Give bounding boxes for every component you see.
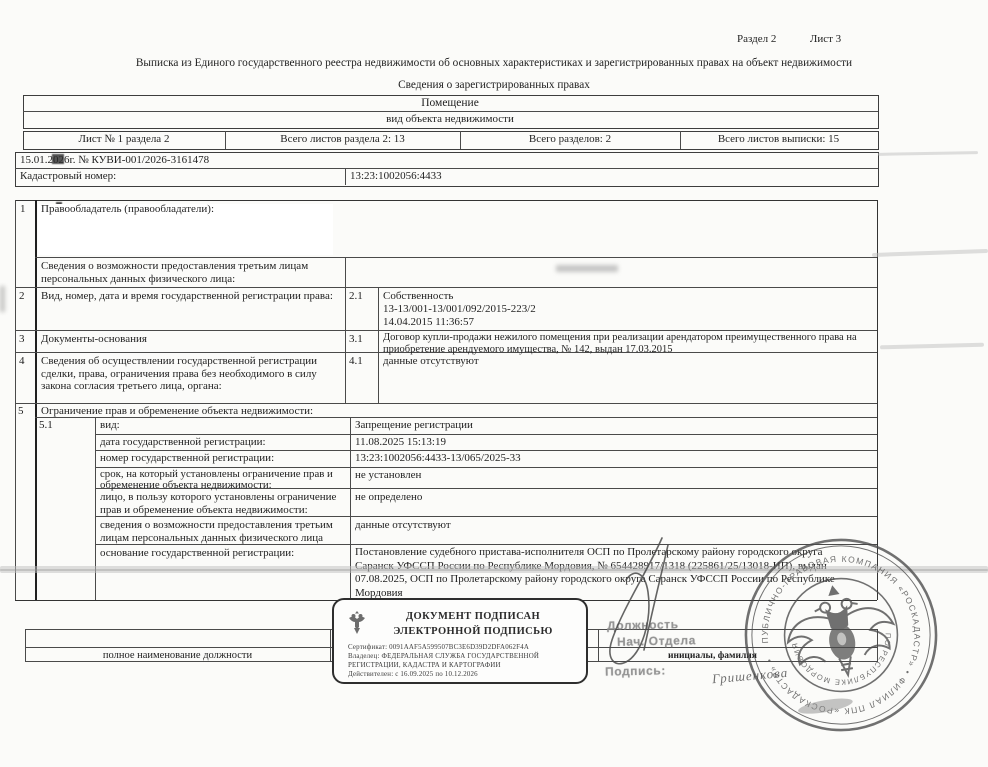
- doc-number-line: 15.01.2026г. № КУВИ-001/2026-3161478: [20, 154, 209, 167]
- row51-value: 13:23:1002056:4433-13/065/2025-33: [355, 452, 870, 465]
- row51-value: 11.08.2025 15:13:19: [355, 436, 870, 449]
- scanner-streak: [872, 249, 988, 257]
- scanner-streak: [880, 343, 984, 350]
- edge-shadow: [0, 286, 5, 312]
- row51-label: лицо, в пользу которого установлены огра…: [100, 491, 348, 517]
- row1-label: Правообладатель (правообладатели):: [41, 203, 341, 216]
- row3-sub: 3.1: [349, 333, 363, 346]
- row51-label: вид:: [100, 419, 345, 432]
- esign-line1: ДОКУМЕНТ ПОДПИСАН: [368, 611, 578, 622]
- sheet-label: Лист 3: [810, 33, 841, 45]
- row3-label: Документы-основания: [41, 333, 341, 346]
- row2-value-line1: Собственность: [383, 290, 453, 303]
- row4-sub: 4.1: [349, 355, 363, 368]
- row2-num: 2: [19, 290, 25, 303]
- object-type-caption: вид объекта недвижимости: [23, 113, 877, 126]
- row4-value: данные отсутствуют: [383, 355, 479, 368]
- row51-value: Запрещение регистрации: [355, 419, 870, 432]
- row51-label: дата государственной регистрации:: [100, 436, 345, 449]
- rosreestr-emblem-icon: [346, 610, 368, 636]
- sheet-info-cell: Лист № 1 раздела 2: [23, 133, 225, 146]
- row51-value: не определено: [355, 491, 870, 504]
- sheet-info-cell: Всего разделов: 2: [460, 133, 680, 146]
- row2-value-line3: 14.04.2015 11:36:57: [383, 316, 474, 329]
- section-sheet-labels: Раздел 2 Лист 3: [737, 33, 841, 46]
- ink-blot: [52, 154, 64, 164]
- esign-validity: Действителен: с 16.09.2025 по 10.12.2026: [348, 670, 580, 680]
- row51-value: не установлен: [355, 469, 870, 482]
- document-title: Выписка из Единого государственного реес…: [30, 57, 958, 70]
- row3-num: 3: [19, 333, 25, 346]
- faint-ink-smudge: [556, 265, 618, 272]
- row4-label: Сведения об осуществлении государственно…: [41, 355, 341, 393]
- position-caption: полное наименование должности: [25, 649, 330, 662]
- row51-label: срок, на который установлены ограничение…: [100, 469, 348, 490]
- row51-label: номер государственной регистрации:: [100, 452, 345, 465]
- esign-stamp-box: ДОКУМЕНТ ПОДПИСАН ЭЛЕКТРОННОЙ ПОДПИСЬЮ С…: [332, 598, 588, 684]
- row51-label: сведения о возможности предоставления тр…: [100, 519, 348, 545]
- cadastral-label: Кадастровый номер:: [20, 170, 116, 183]
- sheet-info-cell: Всего листов раздела 2: 13: [225, 133, 460, 146]
- row5-num: 5: [18, 405, 24, 418]
- official-round-seal: ПУБЛИЧНО-ПРАВОВАЯ КОМПАНИЯ «РОСКАДАСТР» …: [742, 536, 940, 734]
- row4-num: 4: [19, 355, 25, 368]
- esign-line2: ЭЛЕКТРОННОЙ ПОДПИСЬЮ: [368, 626, 578, 637]
- row5-label: Ограничение прав и обременение объекта н…: [41, 405, 841, 418]
- double-eagle-emblem: [780, 578, 901, 684]
- row2-sub: 2.1: [349, 290, 363, 303]
- scanner-streak: [878, 151, 978, 156]
- row1-num: 1: [20, 203, 26, 216]
- row51-num: 5.1: [39, 419, 53, 432]
- handwritten-pen-loop: [580, 530, 700, 680]
- section-label: Раздел 2: [737, 33, 776, 45]
- row2-value-line2: 13-13/001-13/001/092/2015-223/2: [383, 303, 536, 316]
- sheet-info-cell: Всего листов выписки: 15: [680, 133, 877, 146]
- cadastral-value: 13:23:1002056:4433: [350, 170, 442, 183]
- row1b-label: Сведения о возможности предоставления тр…: [41, 260, 339, 286]
- row51-label: основание государственной регистрации:: [100, 547, 345, 560]
- row3-value: Договор купли-продажи нежилого помещения…: [383, 332, 875, 355]
- row2-label: Вид, номер, дата и время государственной…: [41, 290, 341, 303]
- scanned-egrn-extract-page: { "header": { "section": "Раздел 2", "sh…: [0, 0, 988, 767]
- object-type-value: Помещение: [23, 97, 877, 110]
- document-subtitle: Сведения о зарегистрированных правах: [30, 79, 958, 92]
